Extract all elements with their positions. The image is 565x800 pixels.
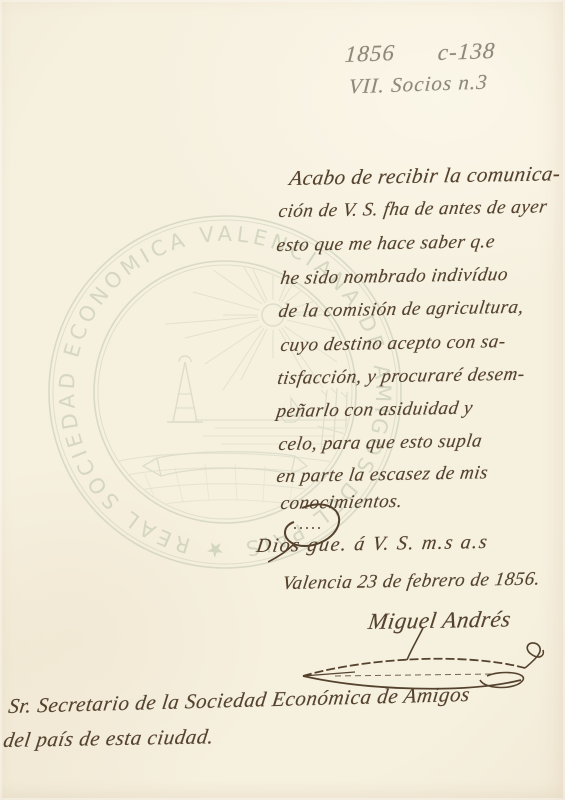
dateline: Valencia 23 de febrero de 1856. <box>281 570 541 593</box>
letter-line: esto que me hace saber q.e <box>275 232 496 255</box>
archive-code-annotation: c-138 <box>437 39 496 64</box>
letter-line: en parte la escasez de mis <box>275 463 489 486</box>
beacon-tower <box>167 356 203 422</box>
letter-line: he sido nombrado indivíduo <box>279 265 509 288</box>
archive-year-annotation: 1856 <box>344 41 396 66</box>
letter-line: tisfacción, y procuraré desem- <box>276 365 526 388</box>
addressee-line: del país de esta ciudad. <box>2 726 215 751</box>
letter-line: cuyo destino acepto con sa- <box>279 332 507 355</box>
scanned-letter-page: ★ REAL SOCIEDAD ECONOMICA VALENCIANA DE … <box>0 0 565 800</box>
letter-line: de la comisión de agricultura, <box>277 298 525 321</box>
archive-series-annotation: VII. Socios n.3 <box>348 72 489 98</box>
letter-line: celo, para que esto supla <box>277 431 483 454</box>
letter-line: peñarlo con asiduidad y <box>275 399 474 421</box>
addressee-line: Sr. Secretario de la Sociedad Económica … <box>7 684 471 717</box>
letter-line: Acabo de recibir la comunica- <box>288 163 562 189</box>
closing-salute: Dios gue. á V. S. m.s a.s <box>255 532 490 556</box>
letter-line: ción de V. S. fha de antes de ayer <box>277 197 548 221</box>
